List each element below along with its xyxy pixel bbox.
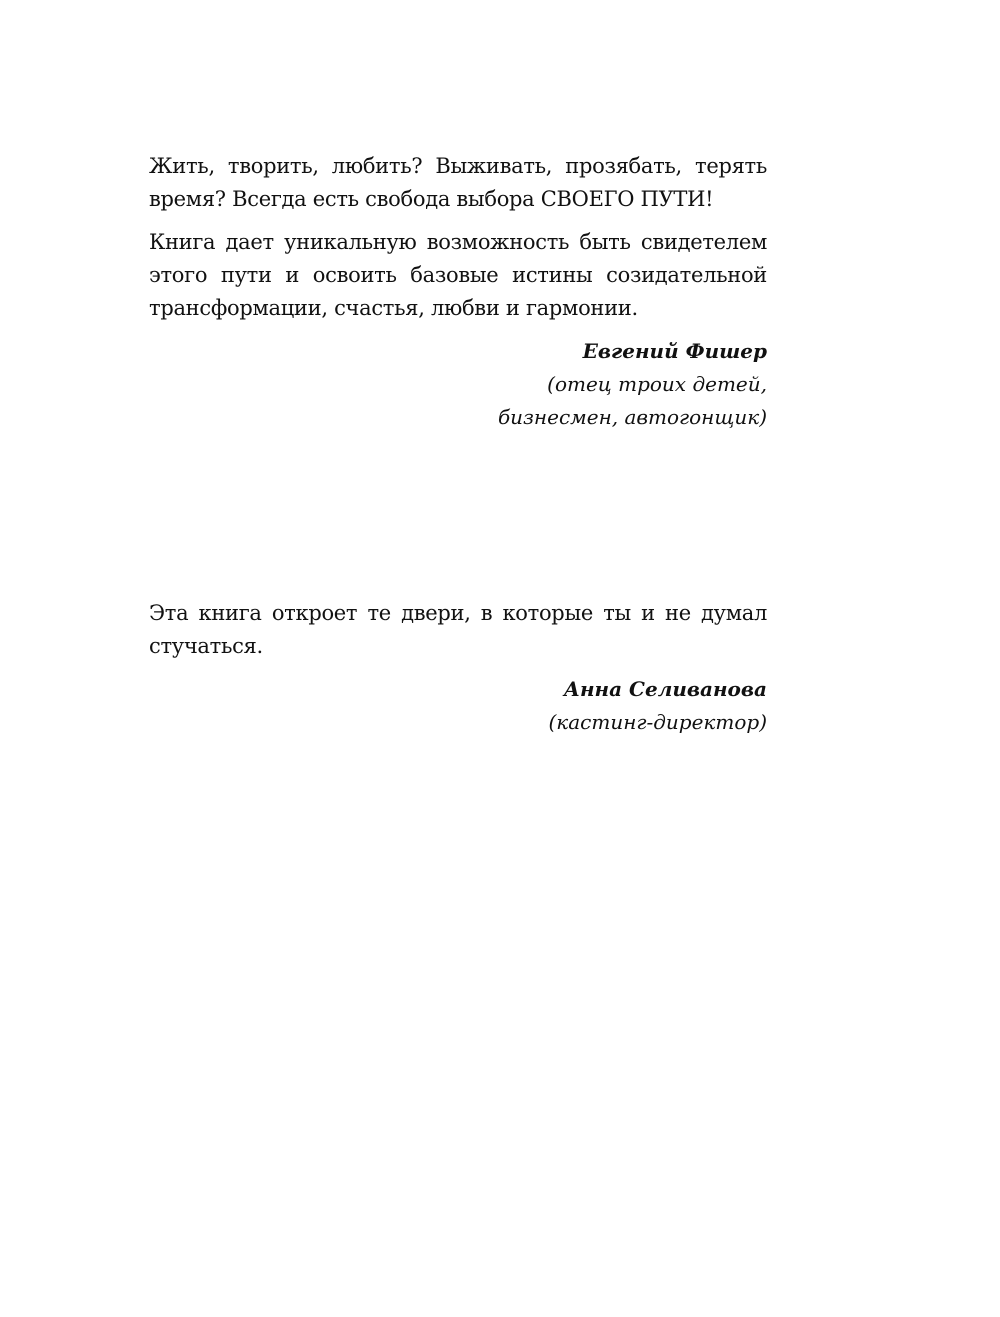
author-role: (отец троих детей, <box>149 368 767 401</box>
testimonial-paragraph: Эта книга откроет те двери, в которые ты… <box>149 597 767 663</box>
testimonial-paragraph: Книга дает уникальную возможность быть с… <box>149 226 767 325</box>
attribution: Евгений Фишер (отец троих детей, бизнесм… <box>149 335 767 434</box>
testimonial-paragraph: Жить, творить, любить? Выживать, прозяба… <box>149 150 767 216</box>
testimonial-fisher: Жить, творить, любить? Выживать, прозяба… <box>149 150 767 434</box>
attribution: Анна Селиванова (кастинг-директор) <box>149 673 767 739</box>
author-name: Евгений Фишер <box>149 335 767 368</box>
author-role: бизнесмен, автогонщик) <box>149 401 767 434</box>
author-name: Анна Селиванова <box>149 673 767 706</box>
author-role: (кастинг-директор) <box>149 706 767 739</box>
testimonial-selivanova: Эта книга откроет те двери, в которые ты… <box>149 597 767 739</box>
